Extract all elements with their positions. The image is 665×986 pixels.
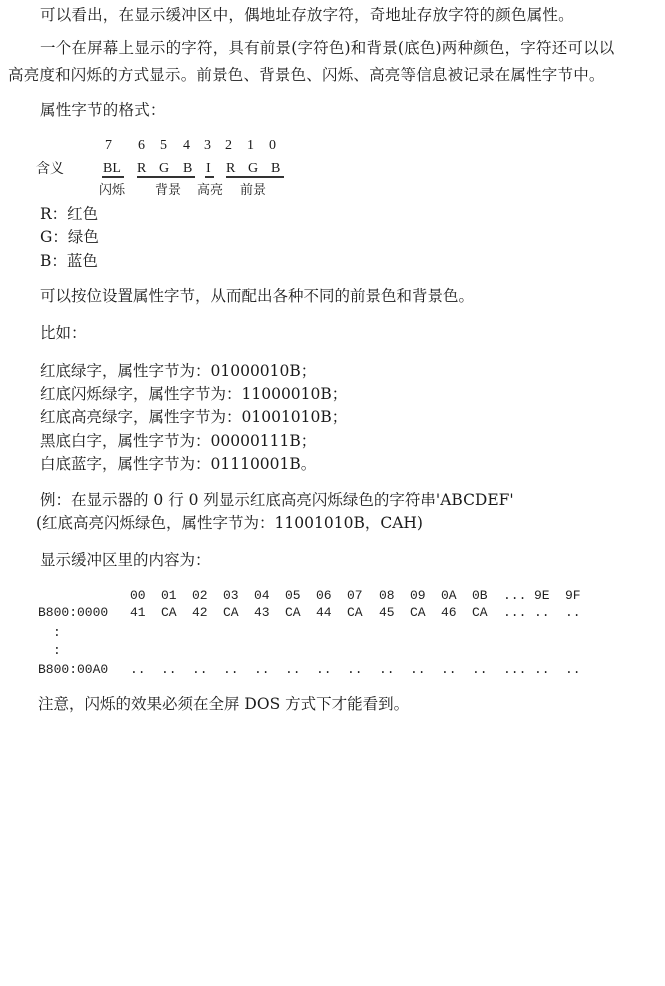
format-heading: 属性字节的格式： — [40, 99, 665, 121]
byte-cell: CA — [347, 604, 363, 622]
group-label-foreground: 前景 — [240, 182, 266, 200]
byte-cell: .. — [347, 661, 363, 679]
byte-cell: .. — [565, 661, 581, 679]
description-line-1: 一个在屏幕上显示的字符，具有前景(字符色)和背景(底色)两种颜色，字符还可以以 — [40, 37, 665, 59]
example-item: 红底闪烁绿字，属性字节为：11000010B； — [40, 383, 347, 405]
column-header: 0A — [441, 587, 457, 605]
byte-cell: 44 — [316, 604, 332, 622]
byte-cell: ... — [503, 661, 526, 679]
bit-number-4: 4 — [183, 137, 190, 155]
column-header: 08 — [379, 587, 395, 605]
bit-number-7: 7 — [105, 137, 112, 155]
combination-text: 可以按位设置属性字节，从而配出各种不同的前景色和背景色。 — [40, 285, 474, 307]
byte-cell: .. — [441, 661, 457, 679]
byte-cell: 41 — [130, 604, 146, 622]
ellipsis-row: : — [53, 642, 61, 660]
column-header: 9F — [565, 587, 581, 605]
bit-number-6: 6 — [138, 137, 145, 155]
byte-cell: 45 — [379, 604, 395, 622]
column-header: 05 — [285, 587, 301, 605]
column-header: 06 — [316, 587, 332, 605]
byte-cell: 46 — [441, 604, 457, 622]
bit-number-3: 3 — [204, 137, 211, 155]
underline-intensity — [205, 176, 214, 178]
column-header: 00 — [130, 587, 146, 605]
legend-red: R：红色 — [40, 203, 98, 225]
example-item: 白底蓝字，属性字节为：01110001B。 — [40, 453, 316, 475]
description-line-2: 高亮度和闪烁的方式显示。前景色、背景色、闪烁、高亮等信息被记录在属性字节中。 — [8, 64, 665, 86]
bit-number-5: 5 — [160, 137, 167, 155]
column-header: 0B — [472, 587, 488, 605]
byte-cell: .. — [472, 661, 488, 679]
legend-green: G：绿色 — [40, 226, 99, 248]
group-label-background: 背景 — [155, 182, 181, 200]
underline-foreground — [226, 176, 284, 178]
byte-cell: 42 — [192, 604, 208, 622]
example-task-line-1: 例：在显示器的 0 行 0 列显示红底高亮闪烁绿色的字符串'ABCDEF' — [40, 489, 514, 511]
buffer-heading: 显示缓冲区里的内容为： — [40, 549, 211, 571]
group-label-blink: 闪烁 — [99, 182, 125, 200]
byte-cell: .. — [410, 661, 426, 679]
byte-cell: .. — [534, 604, 550, 622]
legend-blue: B：蓝色 — [40, 250, 98, 272]
column-header: ... — [503, 587, 526, 605]
underline-blink — [102, 176, 124, 178]
byte-cell: CA — [161, 604, 177, 622]
byte-cell: CA — [285, 604, 301, 622]
meaning-label: 含义 — [36, 160, 64, 178]
byte-cell: .. — [379, 661, 395, 679]
column-header: 03 — [223, 587, 239, 605]
bit-number-1: 1 — [247, 137, 254, 155]
example-item: 红底绿字，属性字节为：01000010B； — [40, 360, 316, 382]
byte-cell: CA — [472, 604, 488, 622]
byte-cell: .. — [192, 661, 208, 679]
byte-cell: 43 — [254, 604, 270, 622]
byte-cell: .. — [285, 661, 301, 679]
column-header: 09 — [410, 587, 426, 605]
column-header: 9E — [534, 587, 550, 605]
column-header: 04 — [254, 587, 270, 605]
example-item: 黑底白字，属性字节为：00000111B； — [40, 430, 316, 452]
ellipsis-row: : — [53, 624, 61, 642]
row-address: B800:0000 — [38, 604, 108, 622]
bit-number-0: 0 — [269, 137, 276, 155]
underline-background — [137, 176, 195, 178]
column-header: 07 — [347, 587, 363, 605]
byte-cell: .. — [534, 661, 550, 679]
example-item: 红底高亮绿字，属性字节为：01001010B； — [40, 406, 347, 428]
intro-paragraph: 可以看出，在显示缓冲区中，偶地址存放字符，奇地址存放字符的颜色属性。 — [40, 4, 665, 26]
note-text: 注意，闪烁的效果必须在全屏 DOS 方式下才能看到。 — [38, 693, 409, 715]
row-address: B800:00A0 — [38, 661, 108, 679]
byte-cell: .. — [161, 661, 177, 679]
byte-cell: CA — [410, 604, 426, 622]
group-label-intensity: 高亮 — [197, 182, 223, 200]
byte-cell: ... — [503, 604, 526, 622]
byte-cell: .. — [565, 604, 581, 622]
byte-cell: .. — [254, 661, 270, 679]
byte-cell: .. — [223, 661, 239, 679]
bit-number-2: 2 — [225, 137, 232, 155]
column-header: 01 — [161, 587, 177, 605]
examples-heading: 比如： — [40, 322, 87, 344]
byte-cell: CA — [223, 604, 239, 622]
byte-cell: .. — [130, 661, 146, 679]
byte-cell: .. — [316, 661, 332, 679]
column-header: 02 — [192, 587, 208, 605]
example-task-line-2: (红底高亮闪烁绿色，属性字节为：11001010B，CAH) — [36, 512, 423, 534]
